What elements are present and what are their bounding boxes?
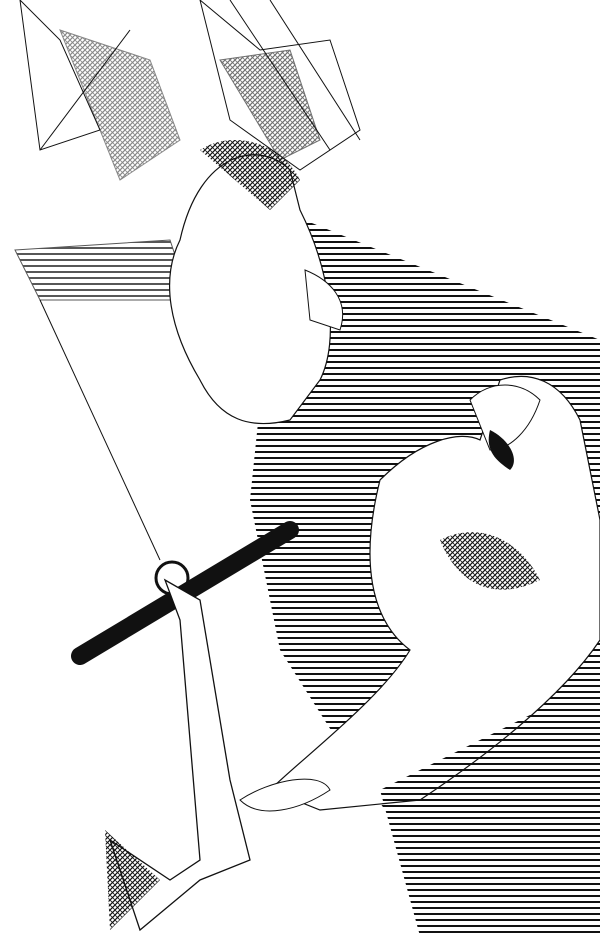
engraving-artwork [0,0,600,936]
standing-figure [170,140,343,424]
illustration-canvas [0,0,600,936]
